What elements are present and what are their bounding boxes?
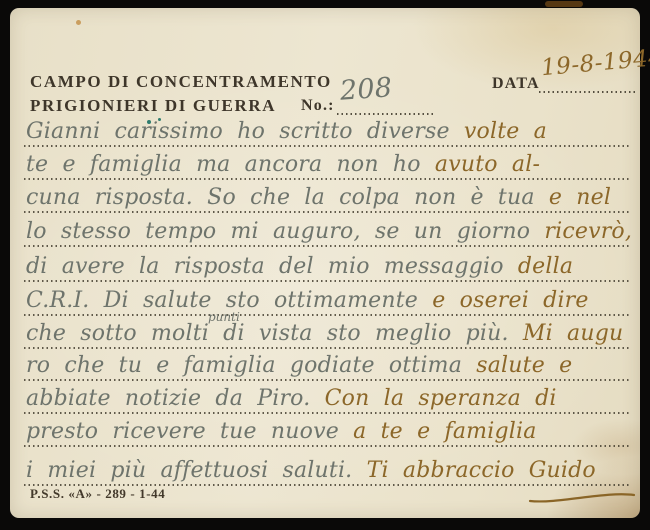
handwriting-line-8: ro che tu e famiglia godiate ottima salu… — [24, 347, 630, 379]
date-label: DATA — [492, 75, 540, 93]
handwriting-pencil-segment: i miei più affettuosi saluti. — [26, 458, 367, 483]
dotted-rule — [24, 245, 630, 247]
handwriting-brown-segment: e nel — [549, 185, 611, 210]
handwriting-line-7: che sotto molti di vista sto meglio più.… — [24, 315, 630, 347]
handwriting-pencil-segment: che sotto molti di vista sto meglio più. — [26, 321, 523, 346]
inserted-word-punti: punti — [208, 310, 240, 324]
handwriting-brown-segment: volte a — [464, 119, 547, 144]
handwriting-brown-segment: Con la speranza di — [325, 386, 557, 411]
handwriting-line-3: cuna risposta. So che la colpa non è tua… — [24, 179, 630, 211]
handwriting-brown-segment: Ti abbraccio Guido — [367, 458, 596, 483]
handwriting-line-5: di avere la risposta del mio messaggio d… — [24, 248, 630, 280]
paper-stain-speck — [76, 20, 81, 25]
camp-title-line1: CAMPO DI CONCENTRAMENTO — [30, 72, 332, 92]
handwriting-brown-segment: Mi augu — [523, 321, 624, 346]
handwriting-pencil-segment: abbiate notizie da Piro. — [26, 386, 325, 411]
frame-stain — [545, 1, 583, 7]
handwriting-brown-segment: ricevrò, — [544, 219, 632, 244]
handwriting-line-9: abbiate notizie da Piro. Con la speranza… — [24, 380, 630, 412]
handwriting-pencil-segment: presto ricevere tue nuove — [26, 419, 353, 444]
handwriting-pencil-segment: Gianni carissimo ho scritto diverse — [26, 119, 464, 144]
handwriting-line-2: te e famiglia ma ancora non ho avuto al- — [24, 146, 630, 178]
signature-flourish — [528, 489, 638, 505]
date-value-handwritten: 19-8-1944 — [540, 45, 650, 82]
printer-imprint: P.S.S. «A» - 289 - 1-44 — [30, 486, 165, 502]
handwriting-brown-segment: salute e — [476, 353, 572, 378]
photo-frame: CAMPO DI CONCENTRAMENTO PRIGIONIERI DI G… — [0, 0, 650, 530]
handwriting-pencil-segment: lo stesso tempo mi auguro, se un giorno — [26, 219, 544, 244]
handwriting-brown-segment: della — [518, 254, 573, 279]
handwriting-line-6: C.R.I. Di salute sto ottimamente e osere… — [24, 282, 630, 314]
number-value-handwritten: 208 — [339, 72, 393, 107]
handwriting-line-10: presto ricevere tue nuove a te e famigli… — [24, 413, 630, 445]
date-dotted-line — [539, 91, 635, 93]
handwriting-line-1: Gianni carissimo ho scritto diverse volt… — [24, 113, 630, 145]
handwriting-brown-segment: avuto al- — [435, 152, 540, 177]
dotted-rule — [24, 445, 630, 447]
handwriting-pencil-segment: di avere la risposta del mio messaggio — [26, 254, 518, 279]
handwriting-pencil-segment: ro che tu e famiglia godiate ottima — [26, 353, 476, 378]
handwriting-brown-segment: a te e famiglia — [353, 419, 536, 444]
handwriting-brown-segment: e oserei dire — [432, 288, 588, 313]
pow-postcard: CAMPO DI CONCENTRAMENTO PRIGIONIERI DI G… — [10, 8, 640, 518]
handwriting-line-4: lo stesso tempo mi auguro, se un giorno … — [24, 213, 630, 245]
handwriting-pencil-segment: cuna risposta. So che la colpa non è tua — [26, 185, 549, 210]
handwriting-line-11: i miei più affettuosi saluti. Ti abbracc… — [24, 452, 630, 484]
handwriting-pencil-segment: te e famiglia ma ancora non ho — [26, 152, 435, 177]
